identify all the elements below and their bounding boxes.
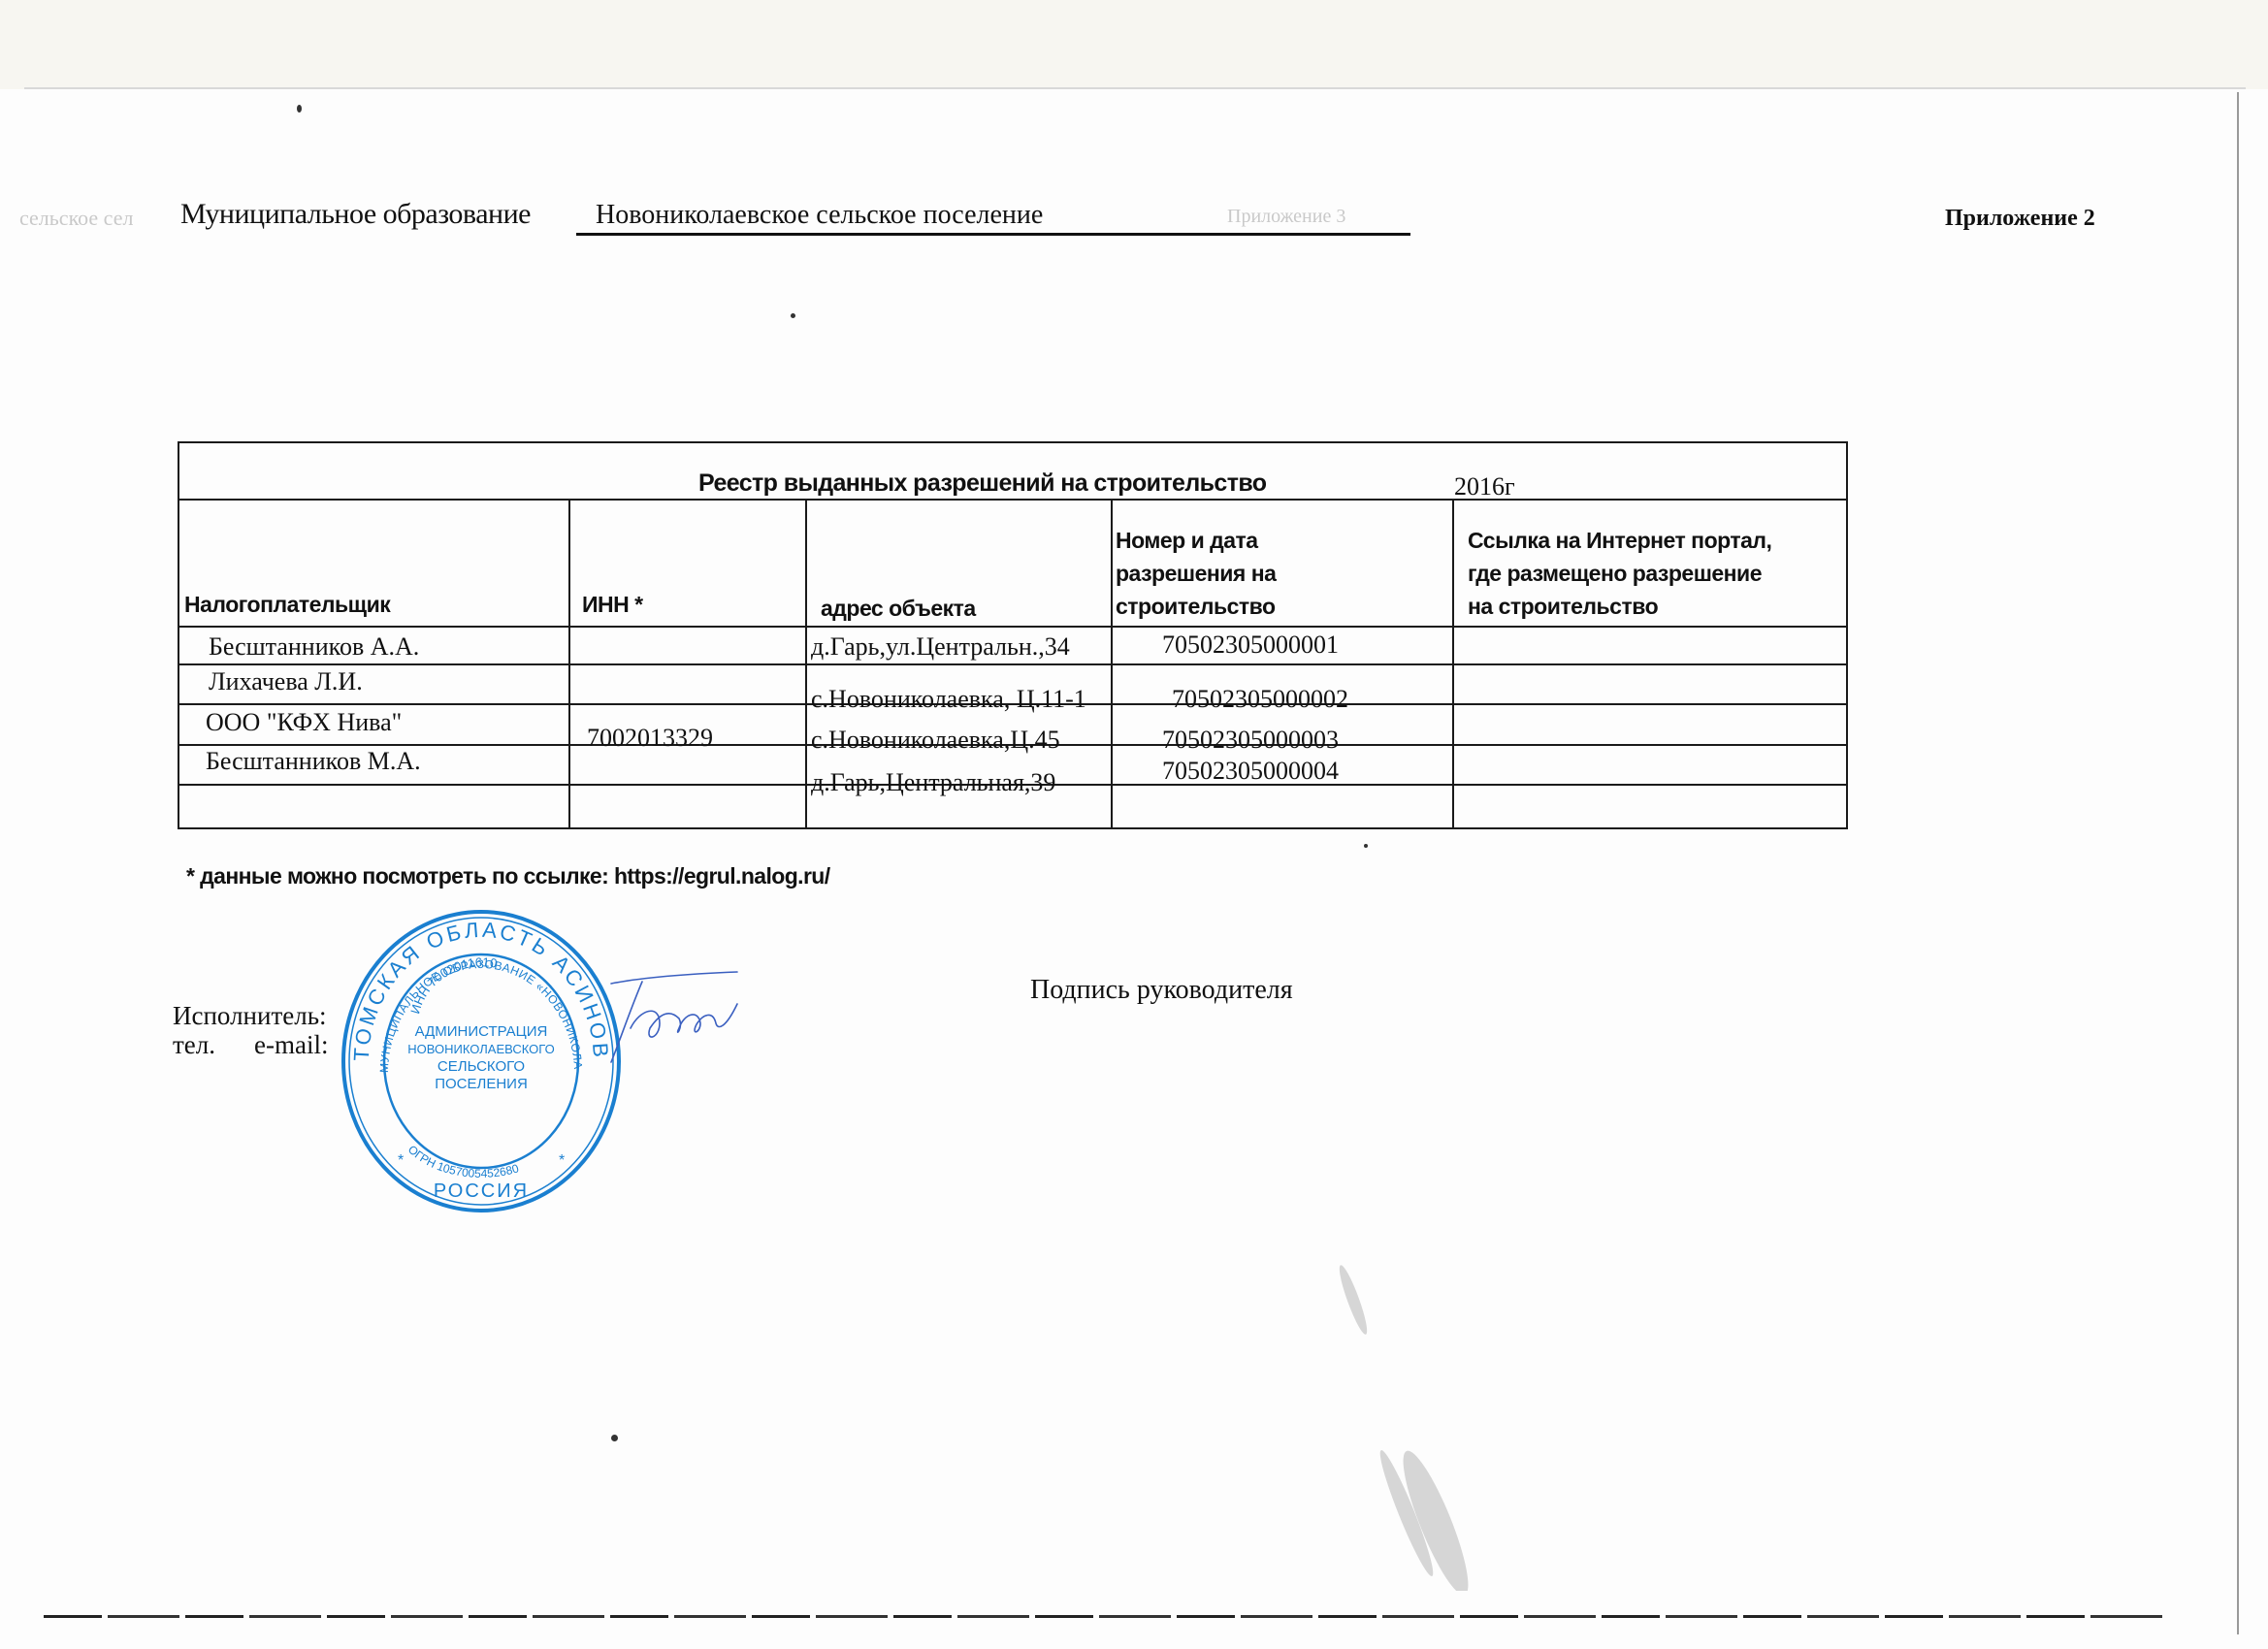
cell-permit: 70502305000001: [1162, 630, 1339, 660]
col-divider: [568, 499, 570, 829]
table-header-divider: [178, 626, 1848, 628]
column-header-link-line: Ссылка на Интернет портал,: [1468, 524, 1771, 557]
col-divider: [1111, 499, 1113, 829]
column-header-permit: Номер и дата разрешения на строительство: [1116, 524, 1276, 623]
scan-speck: [1364, 844, 1368, 848]
scan-smudge: [1290, 1242, 1504, 1591]
cell-taxpayer: Лихачева Л.И.: [209, 667, 363, 696]
municipality-value: Новониколаевское сельское поселение: [596, 200, 1043, 231]
seal-country-text: РОССИЯ: [434, 1180, 529, 1202]
col-divider: [805, 499, 807, 829]
cell-taxpayer: ООО "КФХ Нива": [206, 708, 402, 737]
column-header-permit-line: строительство: [1116, 590, 1276, 623]
seal-center-line: ПОСЕЛЕНИЯ: [435, 1076, 528, 1092]
official-seal-icon: ТОМСКАЯ ОБЛАСТЬ АСИНОВСКИЙ РАЙОН МУНИЦИП…: [340, 908, 623, 1214]
svg-text:*: *: [398, 1152, 404, 1169]
cell-taxpayer: Бесштанников М.А.: [206, 747, 421, 776]
seal-center-line: НОВОНИКОЛАЕВСКОГО: [407, 1042, 554, 1056]
column-header-address: адрес объекта: [821, 592, 976, 625]
column-header-link-line: где размещено разрешение: [1468, 557, 1771, 590]
table-border-right: [1846, 441, 1848, 829]
cell-permit: 70502305000002: [1172, 685, 1348, 714]
appendix-label: Приложение 2: [1945, 206, 2095, 232]
table-year: 2016г: [1454, 472, 1515, 501]
seal-center-line: АДМИНИСТРАЦИЯ: [415, 1023, 548, 1040]
ghost-text-appendix: Приложение 3: [1227, 206, 1345, 228]
cell-address: с.Новониколаевка, Ц.11-1: [811, 685, 1086, 714]
svg-text:*: *: [559, 1152, 565, 1169]
row-divider: [178, 663, 1848, 665]
cell-permit: 70502305000003: [1162, 726, 1339, 755]
table-border-left: [178, 441, 179, 829]
cell-address: д.Гарь,ул.Центральн.,34: [811, 632, 1070, 662]
table-title: Реестр выданных разрешений на строительс…: [698, 469, 1266, 498]
scan-speck: [791, 313, 795, 318]
col-divider: [1452, 499, 1454, 829]
ghost-text-left: сельское сел: [19, 206, 133, 231]
scan-bottom-artifact: [44, 1615, 2163, 1618]
cell-address: д.Гарь,Центральная,39: [811, 768, 1055, 797]
column-header-portal-link: Ссылка на Интернет портал, где размещено…: [1468, 524, 1771, 623]
seal-center-line: СЕЛЬСКОГО: [437, 1058, 525, 1075]
table-border-top: [178, 441, 1848, 443]
table-border-bottom: [178, 827, 1848, 829]
cell-inn: 7002013329: [587, 724, 713, 753]
scan-speck: [297, 105, 302, 113]
column-header-permit-line: Номер и дата: [1116, 524, 1276, 557]
email-label: e-mail:: [254, 1030, 328, 1059]
scan-edge-line: [24, 87, 2246, 89]
cell-taxpayer: Бесштанников А.А.: [209, 632, 419, 662]
phone-label: тел.: [173, 1030, 215, 1059]
signature-label: Подпись руководителя: [1030, 975, 1293, 1006]
column-header-link-line: на строительство: [1468, 590, 1771, 623]
footnote-egrul: * данные можно посмотреть по ссылке: htt…: [186, 863, 830, 889]
scan-top-band: [0, 0, 2268, 89]
scan-speck: [611, 1435, 618, 1441]
table-title-divider: [178, 499, 1848, 501]
municipality-label: Муниципальное образование: [180, 198, 531, 231]
executor-label: Исполнитель:: [173, 1001, 327, 1031]
scan-right-edge: [2237, 92, 2239, 1634]
municipality-underline: [576, 233, 1410, 236]
column-header-permit-line: разрешения на: [1116, 557, 1276, 590]
column-header-taxpayer: Налогоплательщик: [184, 588, 390, 621]
signature-scribble-icon: [592, 970, 747, 1067]
seal-ogrn-text: ОГРН 1057005452680: [405, 1143, 521, 1180]
column-header-inn: ИНН *: [582, 588, 643, 621]
svg-text:ОГРН 1057005452680: ОГРН 1057005452680: [405, 1143, 521, 1180]
cell-address: с.Новониколаевка,Ц.45: [811, 726, 1060, 755]
contacts-line: тел.e-mail:: [173, 1030, 328, 1060]
cell-permit: 70502305000004: [1162, 757, 1339, 786]
